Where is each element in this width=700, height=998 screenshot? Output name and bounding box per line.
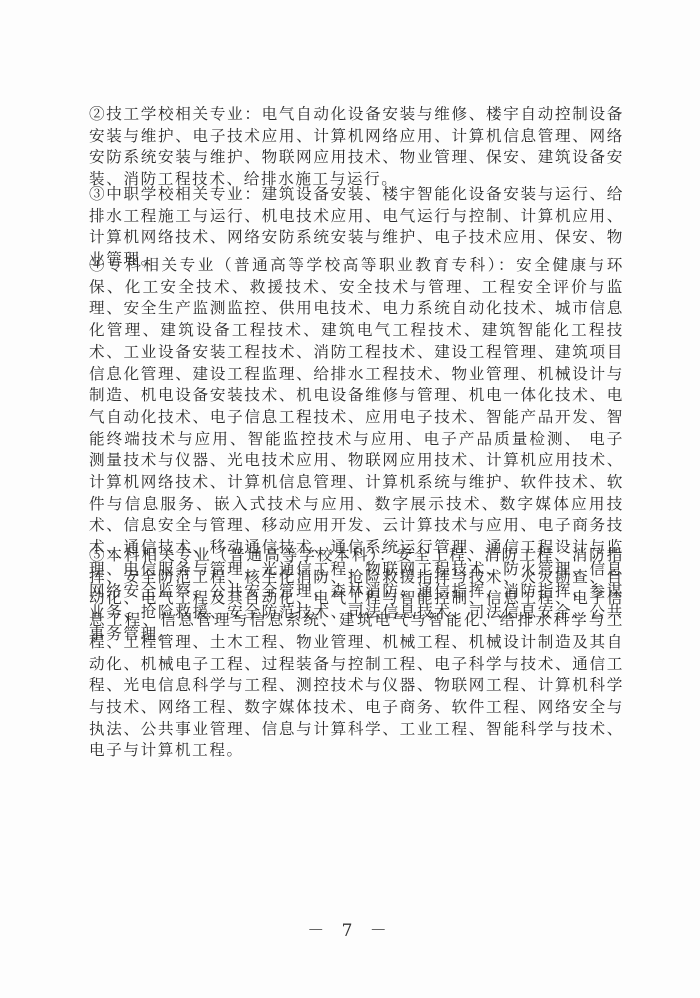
document-page: ②技工学校相关专业：电气自动化设备安装与维修、楼宇自动控制设备安装与维护、电子技… [0, 0, 700, 998]
paragraph-undergraduate-majors: ⑤本科相关专业（普通高等学校本科）：安全工程、消防工程、消防指挥、安全防范工程、… [89, 545, 624, 762]
page-number: － 7 － [0, 916, 700, 941]
paragraph-technical-school-majors: ②技工学校相关专业：电气自动化设备安装与维修、楼宇自动控制设备安装与维护、电子技… [89, 104, 624, 191]
